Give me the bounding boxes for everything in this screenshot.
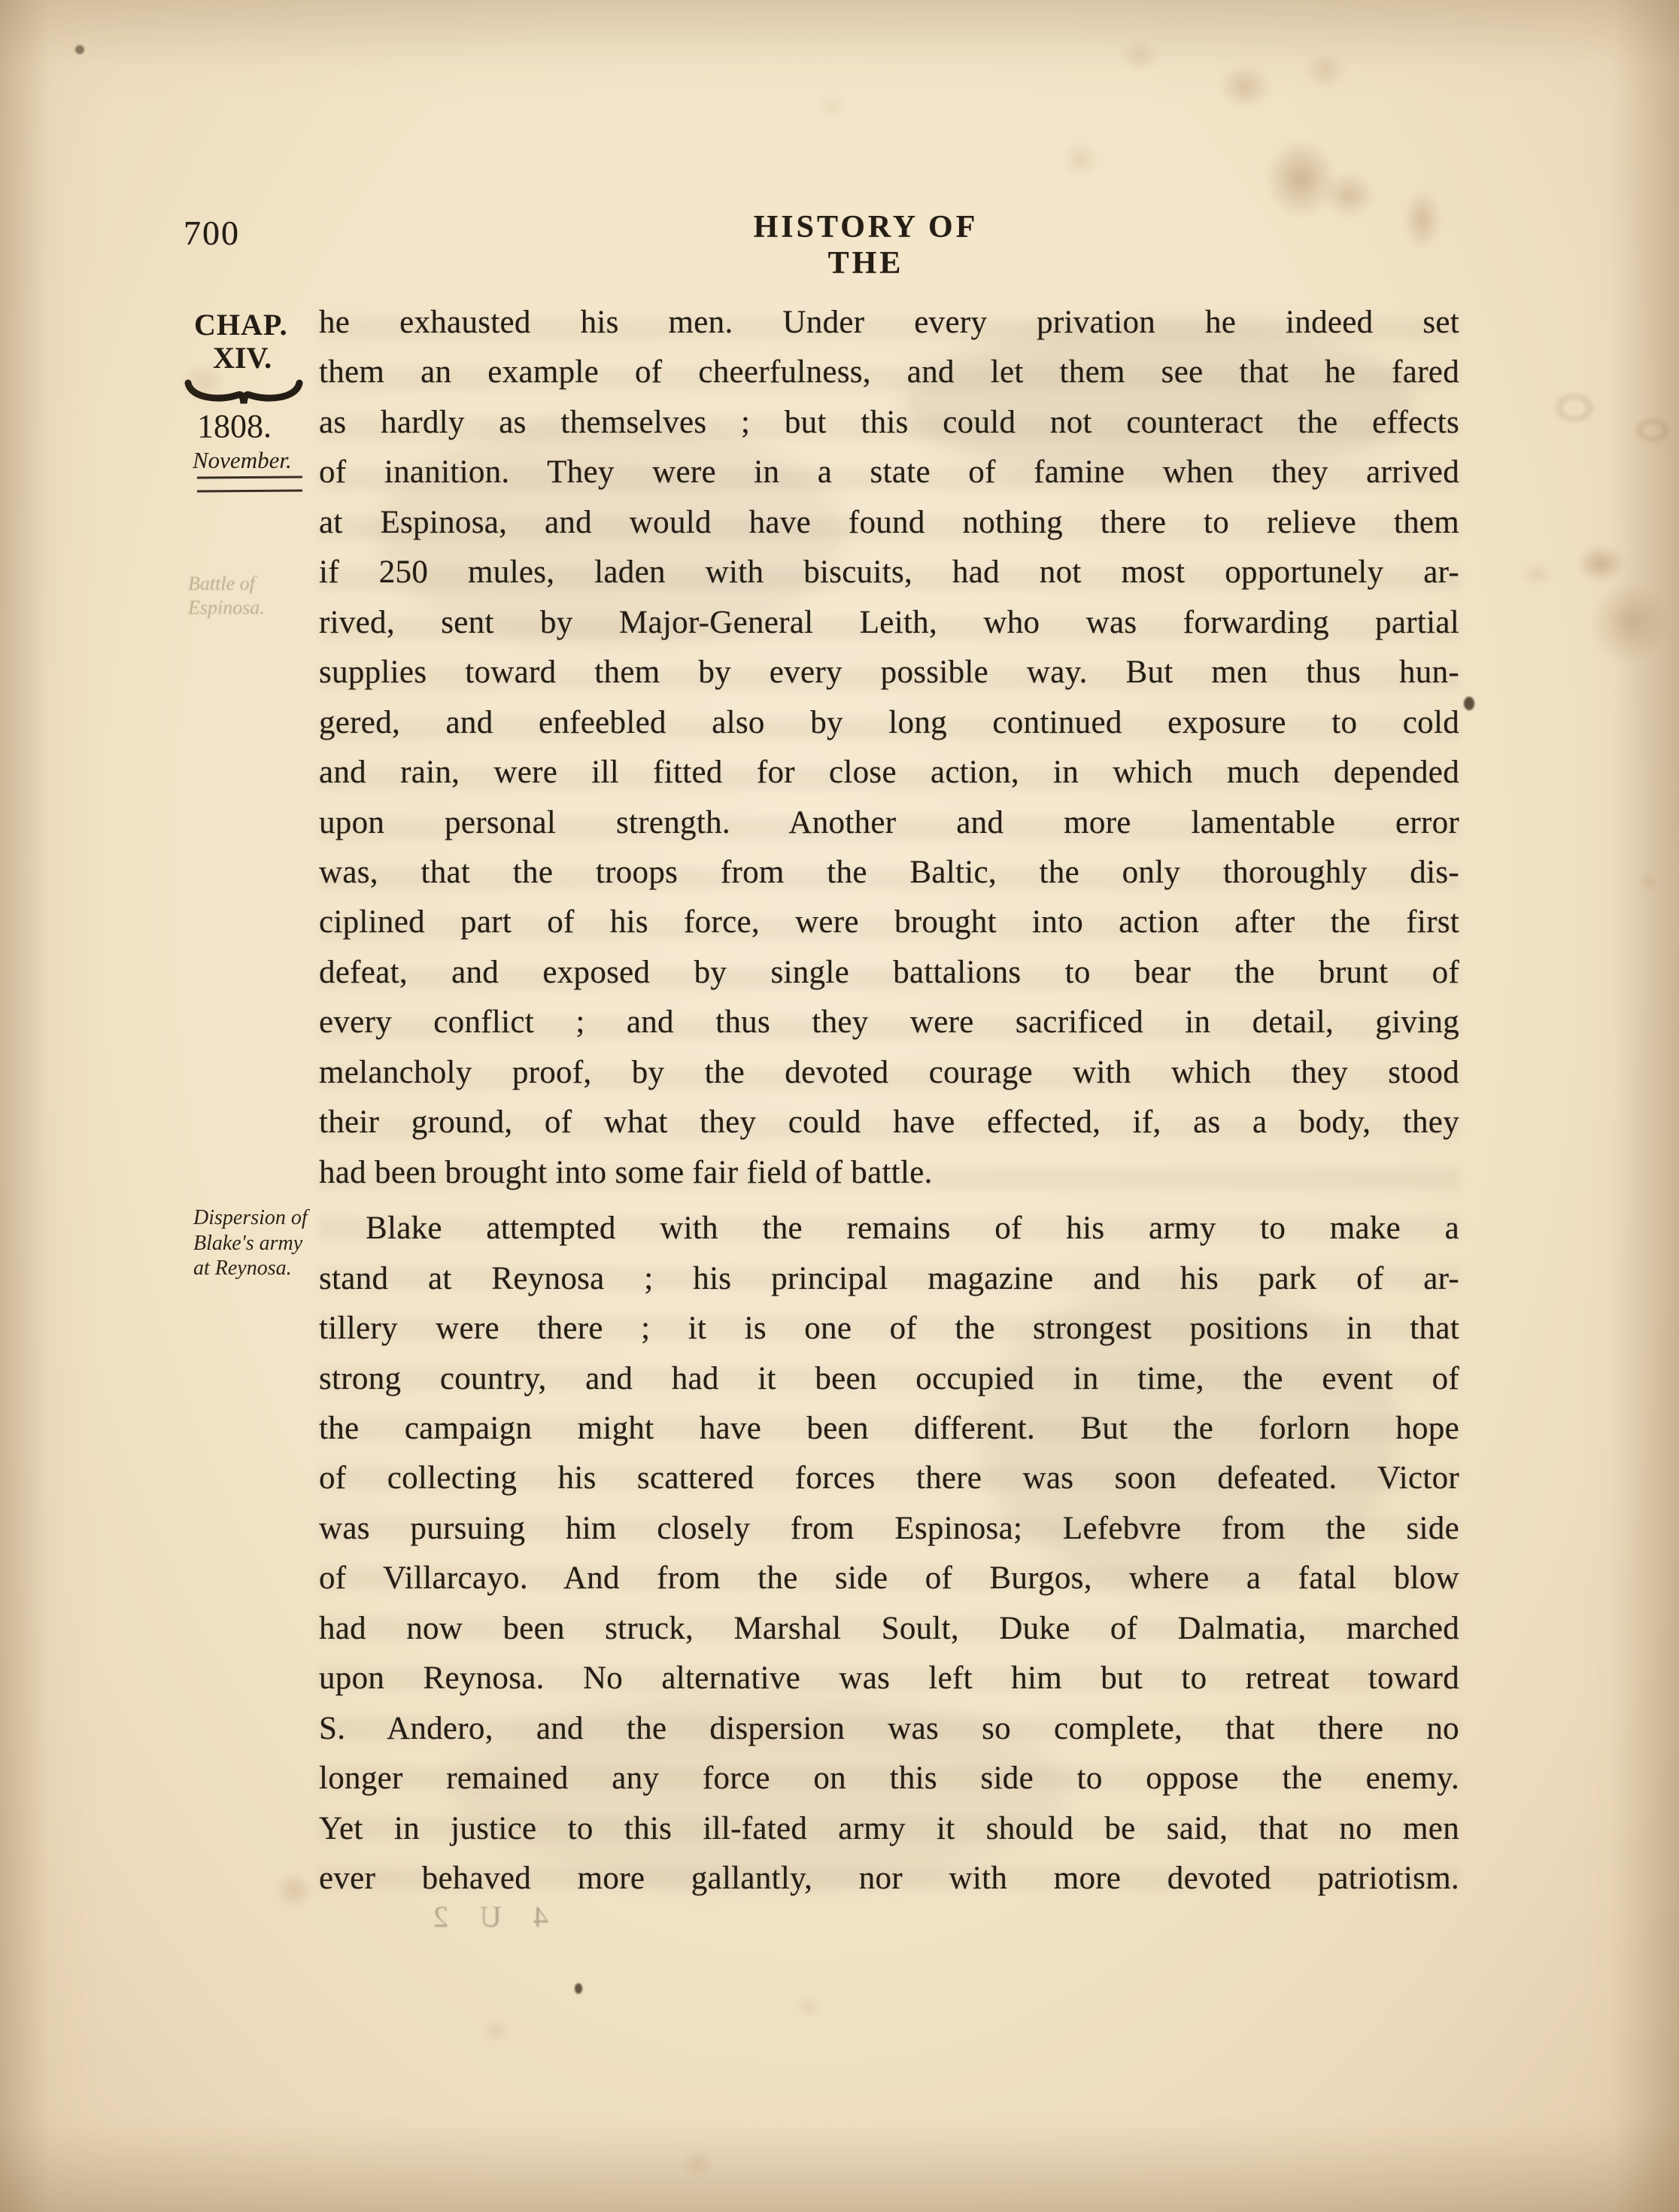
paper-stain <box>817 95 847 119</box>
book-page-scan: 700 HISTORY OF THE CHAP. XIV. 1808. Nove… <box>0 0 1679 2212</box>
paper-stain <box>1590 581 1669 664</box>
paper-stain <box>1550 390 1599 426</box>
paper-stain <box>1265 139 1337 218</box>
paper-stain <box>1631 415 1674 445</box>
text-line: as hardly as themselves ; but this could… <box>319 398 1459 448</box>
paper-stain <box>481 2018 510 2043</box>
margin-note-dispersion: Dispersion of Blake's army at Reynosa. <box>193 1205 315 1281</box>
double-rule <box>197 476 302 493</box>
text-line: ever behaved more gallantly, nor with mo… <box>319 1854 1459 1904</box>
paper-stain <box>1577 545 1625 582</box>
text-line: and rain, were ill fitted for close acti… <box>319 748 1459 798</box>
text-line: Yet in justice to this ill-fated army it… <box>319 1804 1459 1854</box>
paper-stain <box>1062 141 1100 178</box>
text-line: of inanition. They were in a state of fa… <box>319 448 1459 497</box>
text-line: Blake attempted with the remains of his … <box>319 1204 1459 1253</box>
paper-stain <box>796 1995 821 2018</box>
text-line: stand at Reynosa ; his principal magazin… <box>319 1254 1459 1304</box>
text-line: tillery were there ; it is one of the st… <box>319 1304 1459 1354</box>
text-line: if 250 mules, laden with biscuits, had n… <box>319 548 1459 597</box>
text-line: longer remained any force on this side t… <box>319 1754 1459 1803</box>
paper-stain <box>1322 172 1375 218</box>
paper-stain <box>1121 39 1160 72</box>
text-line: their ground, of what they could have ef… <box>319 1098 1459 1147</box>
text-line: was, that the troops from the Baltic, th… <box>319 848 1459 898</box>
paper-stain <box>1404 190 1441 250</box>
margin-chapter-label: CHAP. <box>194 307 288 342</box>
body-text: he exhausted his men. Under every privat… <box>319 298 1459 1904</box>
paper-stain <box>1219 64 1271 109</box>
text-line: was pursuing him closely from Espinosa; … <box>319 1504 1459 1554</box>
running-title: HISTORY OF THE <box>715 209 1016 281</box>
margin-month: November. <box>193 447 292 474</box>
text-line: upon personal strength. Another and more… <box>319 798 1459 848</box>
page-number: 700 <box>184 213 240 253</box>
text-line: of Villarcayo. And from the side of Burg… <box>319 1554 1459 1603</box>
text-line: strong country, and had it been occupied… <box>319 1354 1459 1404</box>
paper-stain <box>1521 563 1553 585</box>
text-line: he exhausted his men. Under every privat… <box>319 298 1459 348</box>
ghost-margin-note: Battle of Espinosa. <box>188 572 286 620</box>
text-line: the campaign might have been different. … <box>319 1404 1459 1454</box>
paper-speck <box>575 1983 582 1994</box>
paper-stain <box>275 1872 313 1908</box>
text-line: defeat, and exposed by single battalions… <box>319 948 1459 998</box>
text-line: had been brought into some fair field of… <box>319 1148 1459 1198</box>
paper-stain <box>682 2150 713 2177</box>
text-line: ciplined part of his force, were brought… <box>319 898 1459 947</box>
paper-speck <box>1464 697 1474 710</box>
text-line: upon Reynosa. No alternative was left hi… <box>319 1654 1459 1703</box>
margin-year: 1808. <box>197 407 272 445</box>
text-line: rived, sent by Major-General Leith, who … <box>319 598 1459 648</box>
text-line: every conflict ; and thus they were sacr… <box>319 998 1459 1047</box>
text-line: at Espinosa, and would have found nothin… <box>319 498 1459 548</box>
text-line: had now been struck, Marshal Soult, Duke… <box>319 1604 1459 1654</box>
text-line: S. Andero, and the dispersion was so com… <box>319 1704 1459 1754</box>
text-line: them an example of cheerfulness, and let… <box>319 348 1459 397</box>
paper-stain <box>1640 874 1658 891</box>
text-line: of collecting his scattered forces there… <box>319 1454 1459 1503</box>
paper-stain <box>1305 51 1347 89</box>
brace-ornament-icon <box>183 376 305 412</box>
paper-speck <box>75 45 84 54</box>
text-line: supplies toward them by every possible w… <box>319 648 1459 697</box>
text-line: gered, and enfeebled also by long contin… <box>319 698 1459 748</box>
text-line: melancholy proof, by the devoted courage… <box>319 1048 1459 1098</box>
margin-chapter-numeral: XIV. <box>213 340 272 375</box>
